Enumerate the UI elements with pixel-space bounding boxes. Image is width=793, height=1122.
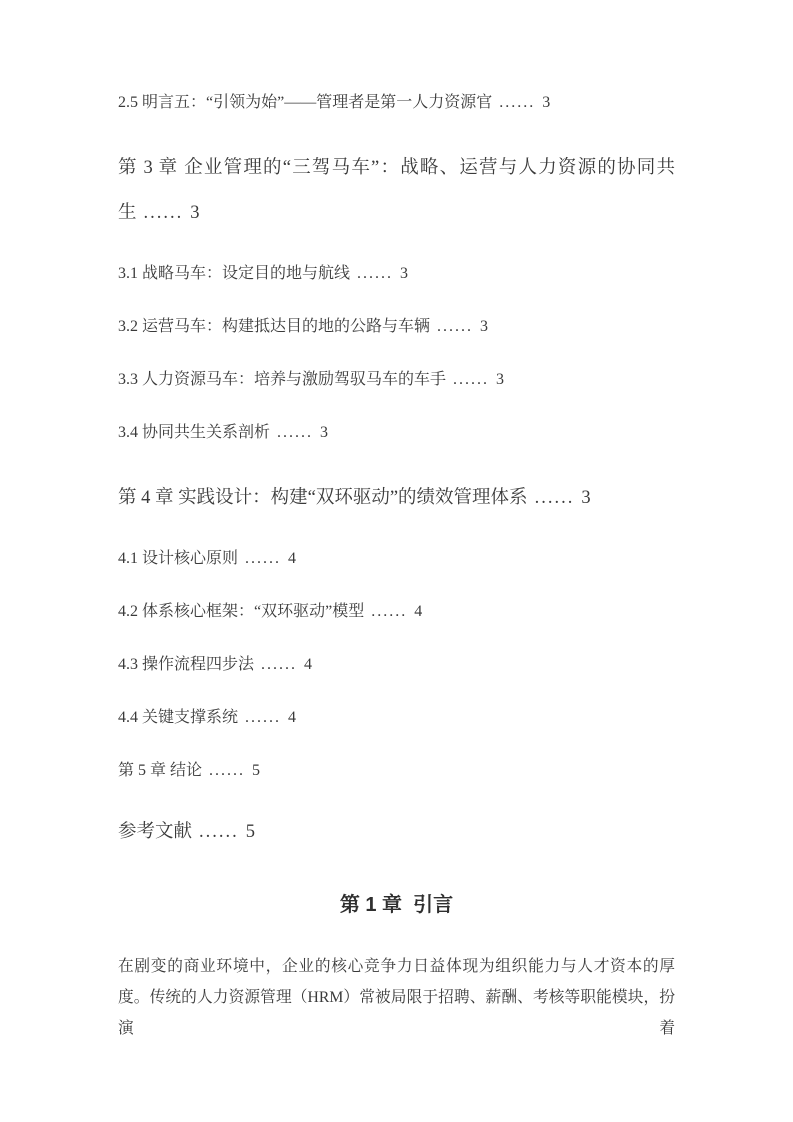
toc-entry-label: 4.3 操作流程四步法 xyxy=(118,656,254,673)
toc-entry-label: 第 5 章 结论 xyxy=(118,762,202,779)
toc-entry: 4.4 关键支撑系统......4 xyxy=(118,707,675,729)
toc-page-number: 3 xyxy=(496,371,504,388)
toc-entry: 第 5 章 结论......5 xyxy=(118,760,675,782)
toc-leader-dots: ...... xyxy=(535,488,575,508)
toc-entry-label: 2.5 明言五：“引领为始”——管理者是第一人力资源官 xyxy=(118,94,492,111)
toc-entry: 2.5 明言五：“引领为始”——管理者是第一人力资源官......3 xyxy=(118,92,675,114)
toc-entry: 3.4 协同共生关系剖析......3 xyxy=(118,422,675,444)
toc-leader-dots: ...... xyxy=(437,318,473,335)
toc-entry-label: 4.2 体系核心框架：“双环驱动”模型 xyxy=(118,603,364,620)
toc-entry: 第 3 章 企业管理的“三驾马车”：战略、运营与人力资源的协同共生......3 xyxy=(118,146,675,236)
toc-page-number: 3 xyxy=(320,424,328,441)
toc-leader-dots: ...... xyxy=(499,94,535,111)
toc-entry-label: 3.1 战略马车：设定目的地与航线 xyxy=(118,265,350,282)
toc-entry: 参考文献......5 xyxy=(118,819,675,845)
toc-entry: 3.2 运营马车：构建抵达目的地的公路与车辆......3 xyxy=(118,316,675,338)
toc-page-number: 3 xyxy=(581,488,590,508)
toc-entry-label: 4.1 设计核心原则 xyxy=(118,550,238,567)
toc-entry-label: 3.4 协同共生关系剖析 xyxy=(118,424,270,441)
toc-page-number: 3 xyxy=(400,265,408,282)
toc-leader-dots: ...... xyxy=(371,603,407,620)
chapter-heading: 第 1 章 引言 xyxy=(118,891,675,919)
toc-entry: 4.2 体系核心框架：“双环驱动”模型......4 xyxy=(118,601,675,623)
toc-leader-dots: ...... xyxy=(261,656,297,673)
toc-leader-dots: ...... xyxy=(209,762,245,779)
toc-leader-dots: ...... xyxy=(199,822,239,842)
toc-entry-label: 第 4 章 实践设计：构建“双环驱动”的绩效管理体系 xyxy=(118,488,528,508)
toc-entry-label: 参考文献 xyxy=(118,822,192,842)
toc-entry: 3.3 人力资源马车：培养与激励驾驭马车的车手......3 xyxy=(118,369,675,391)
toc-page-number: 3 xyxy=(190,203,199,223)
toc-leader-dots: ...... xyxy=(245,550,281,567)
toc-entry: 第 4 章 实践设计：构建“双环驱动”的绩效管理体系......3 xyxy=(118,476,675,521)
toc-page-number: 4 xyxy=(288,709,296,726)
toc-entry: 4.1 设计核心原则......4 xyxy=(118,548,675,570)
toc-entry: 4.3 操作流程四步法......4 xyxy=(118,654,675,676)
toc-leader-dots: ...... xyxy=(453,371,489,388)
toc-entry-label: 3.3 人力资源马车：培养与激励驾驭马车的车手 xyxy=(118,371,446,388)
toc-page-number: 3 xyxy=(542,94,550,111)
toc-page-number: 4 xyxy=(288,550,296,567)
toc-page-number: 4 xyxy=(414,603,422,620)
toc-entry-label: 4.4 关键支撑系统 xyxy=(118,709,238,726)
table-of-contents: 2.5 明言五：“引领为始”——管理者是第一人力资源官......3 第 3 章… xyxy=(118,92,675,845)
toc-entry: 3.1 战略马车：设定目的地与航线......3 xyxy=(118,263,675,285)
toc-page-number: 4 xyxy=(304,656,312,673)
toc-leader-dots: ...... xyxy=(277,424,313,441)
toc-page-number: 5 xyxy=(246,822,255,842)
document-page: 2.5 明言五：“引领为始”——管理者是第一人力资源官......3 第 3 章… xyxy=(0,0,793,1122)
toc-entry-label: 3.2 运营马车：构建抵达目的地的公路与车辆 xyxy=(118,318,430,335)
toc-page-number: 3 xyxy=(480,318,488,335)
toc-page-number: 5 xyxy=(252,762,260,779)
toc-leader-dots: ...... xyxy=(357,265,393,282)
body-paragraph: 在剧变的商业环境中，企业的核心竞争力日益体现为组织能力与人才资本的厚度。传统的人… xyxy=(118,951,675,1044)
toc-leader-dots: ...... xyxy=(144,203,184,223)
toc-leader-dots: ...... xyxy=(245,709,281,726)
toc-entry-label: 第 3 章 企业管理的“三驾马车”：战略、运营与人力资源的协同共生 xyxy=(118,158,675,223)
